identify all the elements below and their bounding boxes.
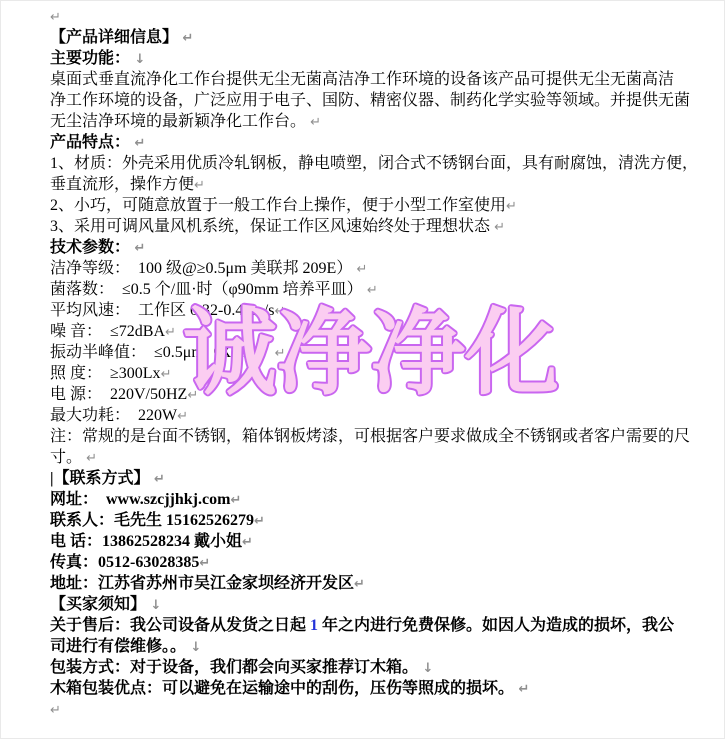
heading-contact-info: |【联系方式】 ↵ xyxy=(50,468,695,489)
paragraph-mark: ↵ xyxy=(194,178,205,193)
notice-packaging: 包装方式：对于设备，我们都会向买家推荐订木箱。 ↓ xyxy=(50,657,695,678)
watermark-chengjing-jinghua: 诚净净化 xyxy=(175,295,565,413)
feature-item-2: 2、小巧，可随意放置于一般工作台上操作，便于小型工作室使用↵ xyxy=(50,195,695,216)
spec-clean-class: 洁净等级： 100 级@≥0.5μm 美联邦 209E） ↵ xyxy=(50,258,695,279)
paragraph-mark: ↵ xyxy=(150,472,165,487)
note-line-1: 注：常规的是台面不锈钢，箱体钢板烤漆，可根据客户要求做成全不锈钢或者客户需要的尺 xyxy=(50,426,695,447)
paragraph-mark: ↵ xyxy=(178,31,193,46)
paragraph-mark: ↵ xyxy=(306,115,321,130)
main-function-paragraph-line-1: 桌面式垂直流净化工作台提供无尘无菌高洁净工作环境的设备该产品可提供无尘无菌高洁 xyxy=(50,69,695,90)
svg-text:诚净净化: 诚净净化 xyxy=(183,302,559,406)
main-function-paragraph-line-2: 净工作环境的设备，广泛应用于电子、国防、精密仪器、制药化学实验等领域。并提供无菌 xyxy=(50,90,695,111)
contact-phone: 电 话：13862528234 戴小姐↵ xyxy=(50,531,695,552)
warranty-years-value: 1 xyxy=(310,617,318,634)
contact-fax: 传真：0512-63028385↵ xyxy=(50,552,695,573)
product-detail-page: ↵ 【产品详细信息】 ↵ 主要功能： ↓ 桌面式垂直流净化工作台提供无尘无菌高洁… xyxy=(0,0,725,739)
contact-address: 地址：江苏省苏州市吴江金家坝经济开发区↵ xyxy=(50,573,695,594)
pilcrow-mark-bottom: ↵ xyxy=(50,699,695,720)
paragraph-mark: ↵ xyxy=(514,682,529,697)
paragraph-mark: ↵ xyxy=(354,577,365,592)
contact-website: 网址： www.szcjjhkj.com↵ xyxy=(50,489,695,510)
note-line-2: 寸。 ↵ xyxy=(50,447,695,468)
paragraph-mark: ↵ xyxy=(506,199,517,214)
paragraph-mark: ↵ xyxy=(82,451,97,466)
paragraph-mark: ↓ xyxy=(186,640,201,655)
paragraph-mark: ↓ xyxy=(146,598,161,613)
feature-item-1-line-2: 垂直流形，操作方便↵ xyxy=(50,174,695,195)
heading-buyer-notice: 【买家须知】 ↓ xyxy=(50,594,695,615)
contact-person: 联系人：毛先生 15162526279↵ xyxy=(50,510,695,531)
paragraph-mark: ↵ xyxy=(254,514,265,529)
notice-wooden-box-benefit: 木箱包装优点：可以避免在运输途中的刮伤，压伤等照成的损坏。 ↵ xyxy=(50,678,695,699)
paragraph-mark: ↵ xyxy=(50,703,61,718)
paragraph-mark: ↓ xyxy=(418,661,433,676)
paragraph-mark: ↵ xyxy=(490,220,505,235)
paragraph-mark: ↵ xyxy=(130,136,145,151)
main-function-paragraph-line-3: 无尘洁净环境的最新颖净化工作台。 ↵ xyxy=(50,111,695,132)
paragraph-mark: ↵ xyxy=(161,367,172,382)
notice-aftersale-line-2: 司进行有偿维修。。 ↓ xyxy=(50,636,695,657)
notice-aftersale-line-1: 关于售后：我公司设备从发货之日起 1 年之内进行免费保修。如因人为造成的损坏，我… xyxy=(50,615,695,636)
paragraph-mark: ↵ xyxy=(230,493,241,508)
pilcrow-mark-top: ↵ xyxy=(50,6,695,27)
paragraph-mark: ↵ xyxy=(199,556,210,571)
paragraph-mark: ↵ xyxy=(242,535,253,550)
heading-main-function: 主要功能： ↓ xyxy=(50,48,695,69)
heading-product-detail-info: 【产品详细信息】 ↵ xyxy=(50,27,695,48)
feature-item-3: 3、采用可调风量风机系统，保证工作区风速始终处于理想状态 ↵ xyxy=(50,216,695,237)
heading-tech-params: 技术参数： ↵ xyxy=(50,237,695,258)
paragraph-mark: ↓ xyxy=(130,52,145,67)
feature-item-1-line-1: 1、材质：外壳采用优质冷轧钢板，静电喷塑，闭合式不锈钢台面，具有耐腐蚀，清洗方便… xyxy=(50,153,695,174)
paragraph-mark: ↵ xyxy=(50,10,61,25)
paragraph-mark: ↵ xyxy=(130,241,145,256)
paragraph-mark: ↵ xyxy=(352,262,367,277)
heading-product-features: 产品特点： ↵ xyxy=(50,132,695,153)
